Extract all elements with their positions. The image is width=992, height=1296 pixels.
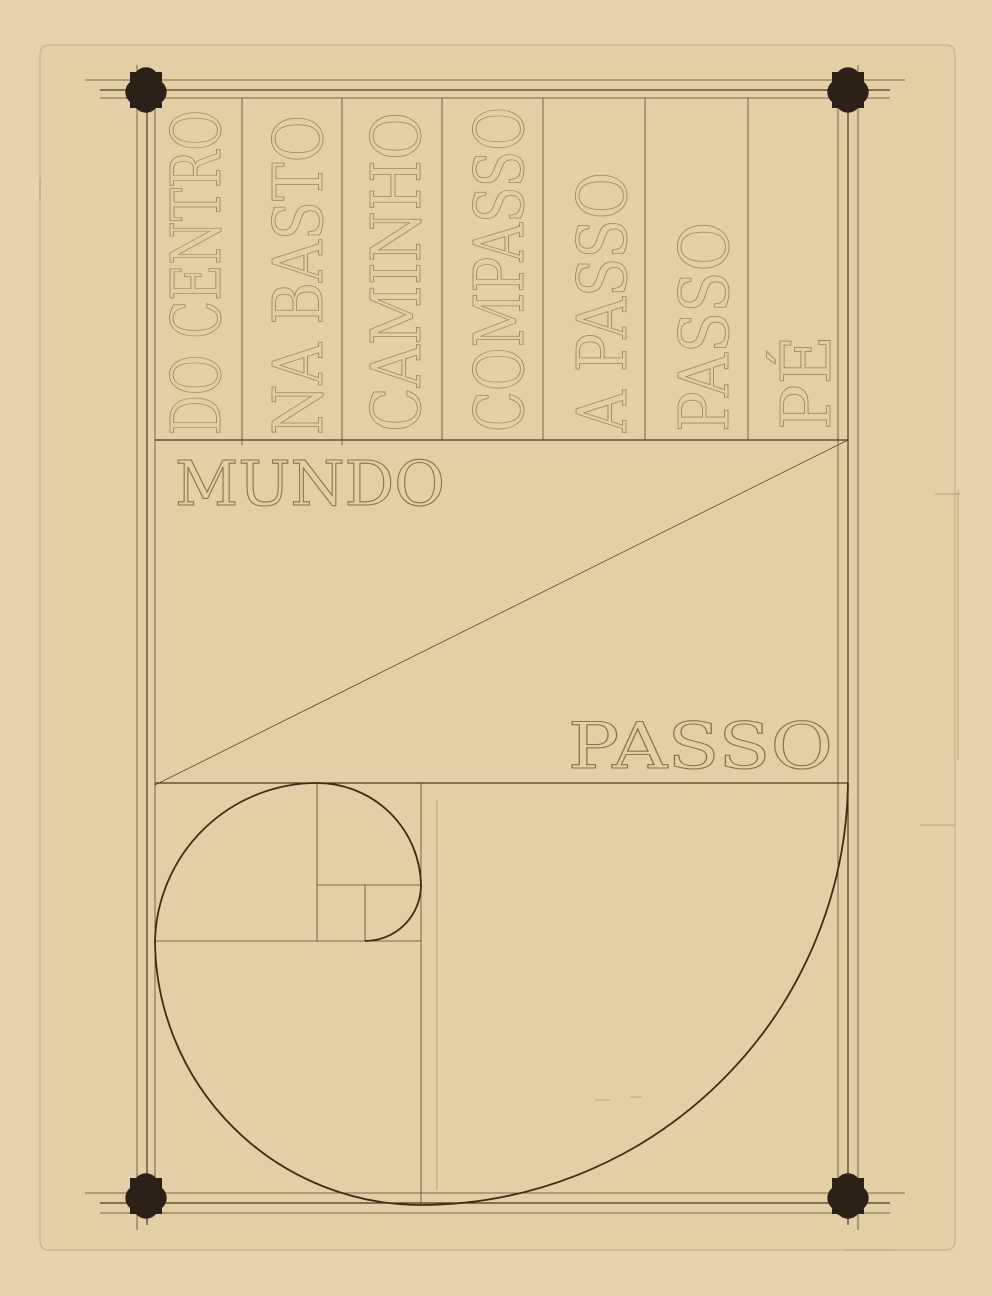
ornament-bottom-right-icon bbox=[827, 1173, 868, 1218]
word-passo: PASSO bbox=[568, 710, 833, 784]
ornament-top-left-icon bbox=[125, 67, 166, 112]
vertical-word-1: DO CENTRO bbox=[158, 110, 237, 435]
vertical-word-4: COMPASSO bbox=[461, 107, 540, 432]
vertical-word-6: PASSO bbox=[666, 222, 745, 432]
ornament-bottom-left-icon bbox=[125, 1173, 166, 1218]
ornament-top-right-icon bbox=[827, 67, 868, 112]
vertical-word-3: CAMINHO bbox=[358, 112, 437, 432]
word-mundo: MUNDO bbox=[175, 447, 445, 520]
vertical-word-2: NA BASTO bbox=[260, 115, 339, 435]
vertical-word-5: A PASSO bbox=[564, 172, 643, 433]
vertical-word-7: PÉ bbox=[767, 335, 847, 430]
etching-artwork: DO CENTRO NA BASTO CAMINHO COMPASSO A PA… bbox=[0, 0, 992, 1296]
